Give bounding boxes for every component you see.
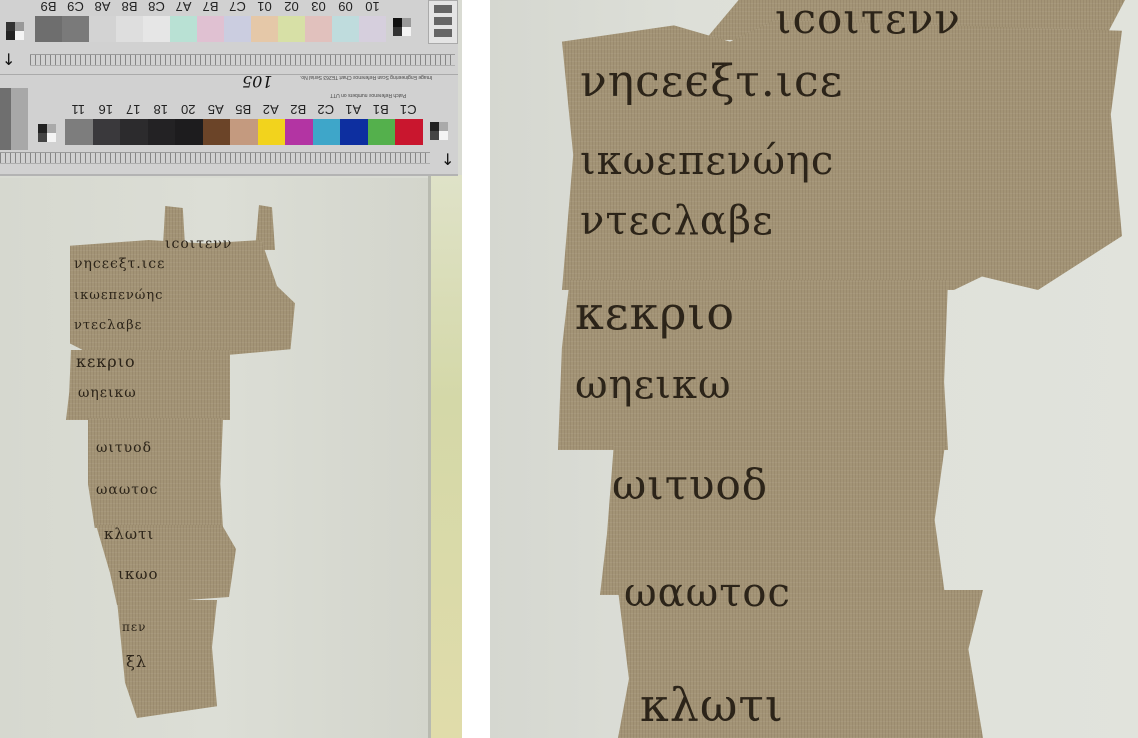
swatch-label: C2 <box>312 103 340 117</box>
swatch-label: A5 <box>202 103 230 117</box>
swatch-label: 03 <box>305 0 332 14</box>
grey-patch-left <box>6 22 24 40</box>
ruler-scale-top <box>30 54 455 66</box>
color-swatch <box>170 16 197 42</box>
papyrus-line: ωαωτοc <box>624 570 791 616</box>
grey-step-wedge <box>0 88 28 150</box>
swatch-label: A7 <box>170 0 197 14</box>
color-calibration-chart: 10 09 03 02 01 C7 B7 A7 C8 B8 A8 C9 B9 <box>0 0 458 176</box>
color-swatch <box>305 16 332 42</box>
left-panel-full-view: 10 09 03 02 01 C7 B7 A7 C8 B8 A8 C9 B9 <box>0 0 462 738</box>
swatch-label: A1 <box>340 103 368 117</box>
papyrus-line: νηcεϵξτ.ιcε <box>74 256 165 272</box>
swatch-label: B7 <box>197 0 224 14</box>
swatch-label: 01 <box>251 0 278 14</box>
swatch-label: C8 <box>143 0 170 14</box>
color-swatch <box>116 16 143 42</box>
papyrus-line: κλωτι <box>104 525 154 543</box>
papyrus-line: ωιτυοδ <box>96 440 152 456</box>
swatch-label: A8 <box>89 0 116 14</box>
papyrus-line: κεκριο <box>575 286 735 340</box>
swatch-label: B9 <box>35 0 62 14</box>
swatch-label: 16 <box>92 103 120 117</box>
papyrus-line: νηcεϵξτ.ιcε <box>580 56 843 107</box>
color-swatch <box>258 119 286 145</box>
papyrus-line: ωιτυοδ <box>612 460 768 509</box>
swatch-label: B2 <box>285 103 313 117</box>
panel-separator <box>462 0 490 738</box>
color-swatch <box>285 119 313 145</box>
papyrus-line: πεν <box>122 620 146 634</box>
papyrus-line: ντεcλαβε <box>580 198 774 244</box>
color-swatch <box>340 119 368 145</box>
swatch-label: 17 <box>120 103 148 117</box>
color-swatch <box>197 16 224 42</box>
papyrus-line: ικωεπενώηc <box>74 288 163 303</box>
swatch-label: B1 <box>367 103 395 117</box>
color-swatch <box>224 16 251 42</box>
top-row-labels: 10 09 03 02 01 C7 B7 A7 C8 B8 A8 C9 B9 <box>34 0 386 14</box>
papyrus-line: ντεcλαβε <box>74 318 142 333</box>
color-swatch <box>359 16 386 42</box>
arrow-down-icon: ↓ <box>441 152 454 168</box>
swatch-label: C1 <box>395 103 423 117</box>
papyrus-line: κεκριο <box>76 352 136 371</box>
right-panel-zoom-view: ιcοιτενν νηcεϵξτ.ιcε ικωεπενώηc ντεcλαβε… <box>490 0 1138 738</box>
color-swatch <box>278 16 305 42</box>
grey-patch-left-bottom <box>38 124 56 142</box>
swatch-label: B8 <box>116 0 143 14</box>
swatch-label: C9 <box>62 0 89 14</box>
arrow-down-icon: ↓ <box>2 52 15 68</box>
swatch-label: 11 <box>65 103 93 117</box>
color-swatch <box>251 16 278 42</box>
papyrus-line: ξλ <box>126 652 147 671</box>
mount-edge-strip <box>428 175 462 738</box>
color-swatch <box>89 16 116 42</box>
swatch-label: 18 <box>147 103 175 117</box>
handwritten-serial-number: 105 <box>242 72 273 91</box>
color-swatch <box>203 119 231 145</box>
color-swatch <box>65 119 93 145</box>
color-swatch <box>313 119 341 145</box>
color-swatch <box>332 16 359 42</box>
color-swatch <box>143 16 170 42</box>
color-swatch <box>62 16 89 42</box>
swatch-label: 09 <box>332 0 359 14</box>
color-swatch <box>35 16 62 42</box>
bottom-swatch-row <box>65 119 423 145</box>
color-swatch <box>93 119 121 145</box>
bottom-row-labels: C1 B1 A1 C2 B2 A2 B5 A5 20 18 17 16 11 <box>64 103 422 117</box>
chart-side-scale <box>428 0 458 44</box>
papyrus-line: ιcοιτενν <box>165 236 232 252</box>
swatch-label: B5 <box>230 103 258 117</box>
top-swatch-row <box>35 16 386 42</box>
papyrus-line: κλωτι <box>640 678 784 732</box>
chart-fine-print: Image Engineering Scan Reference Chart T… <box>300 74 432 80</box>
papyrus-line: ωαωτοc <box>96 482 158 498</box>
color-swatch <box>368 119 396 145</box>
color-swatch <box>175 119 203 145</box>
papyrus-line: ικωεπενώηc <box>580 138 834 184</box>
color-swatch <box>230 119 258 145</box>
swatch-label: 10 <box>359 0 386 14</box>
color-swatch <box>148 119 176 145</box>
grey-patch-right <box>393 18 411 36</box>
papyrus-line: ικωο <box>118 565 159 583</box>
chart-fine-print-2: Patch Reference numbers on UTT <box>330 92 406 98</box>
papyrus-line: ωηεικω <box>78 385 137 401</box>
papyrus-line: ιcοιτενν <box>775 0 961 43</box>
ruler-scale-bottom <box>0 152 430 164</box>
grey-patch-right-bottom <box>430 122 448 140</box>
swatch-label: C7 <box>224 0 251 14</box>
color-swatch <box>395 119 423 145</box>
swatch-label: 20 <box>175 103 203 117</box>
papyrus-line: ωηεικω <box>575 362 732 408</box>
swatch-label: 02 <box>278 0 305 14</box>
swatch-label: A2 <box>257 103 285 117</box>
color-swatch <box>120 119 148 145</box>
